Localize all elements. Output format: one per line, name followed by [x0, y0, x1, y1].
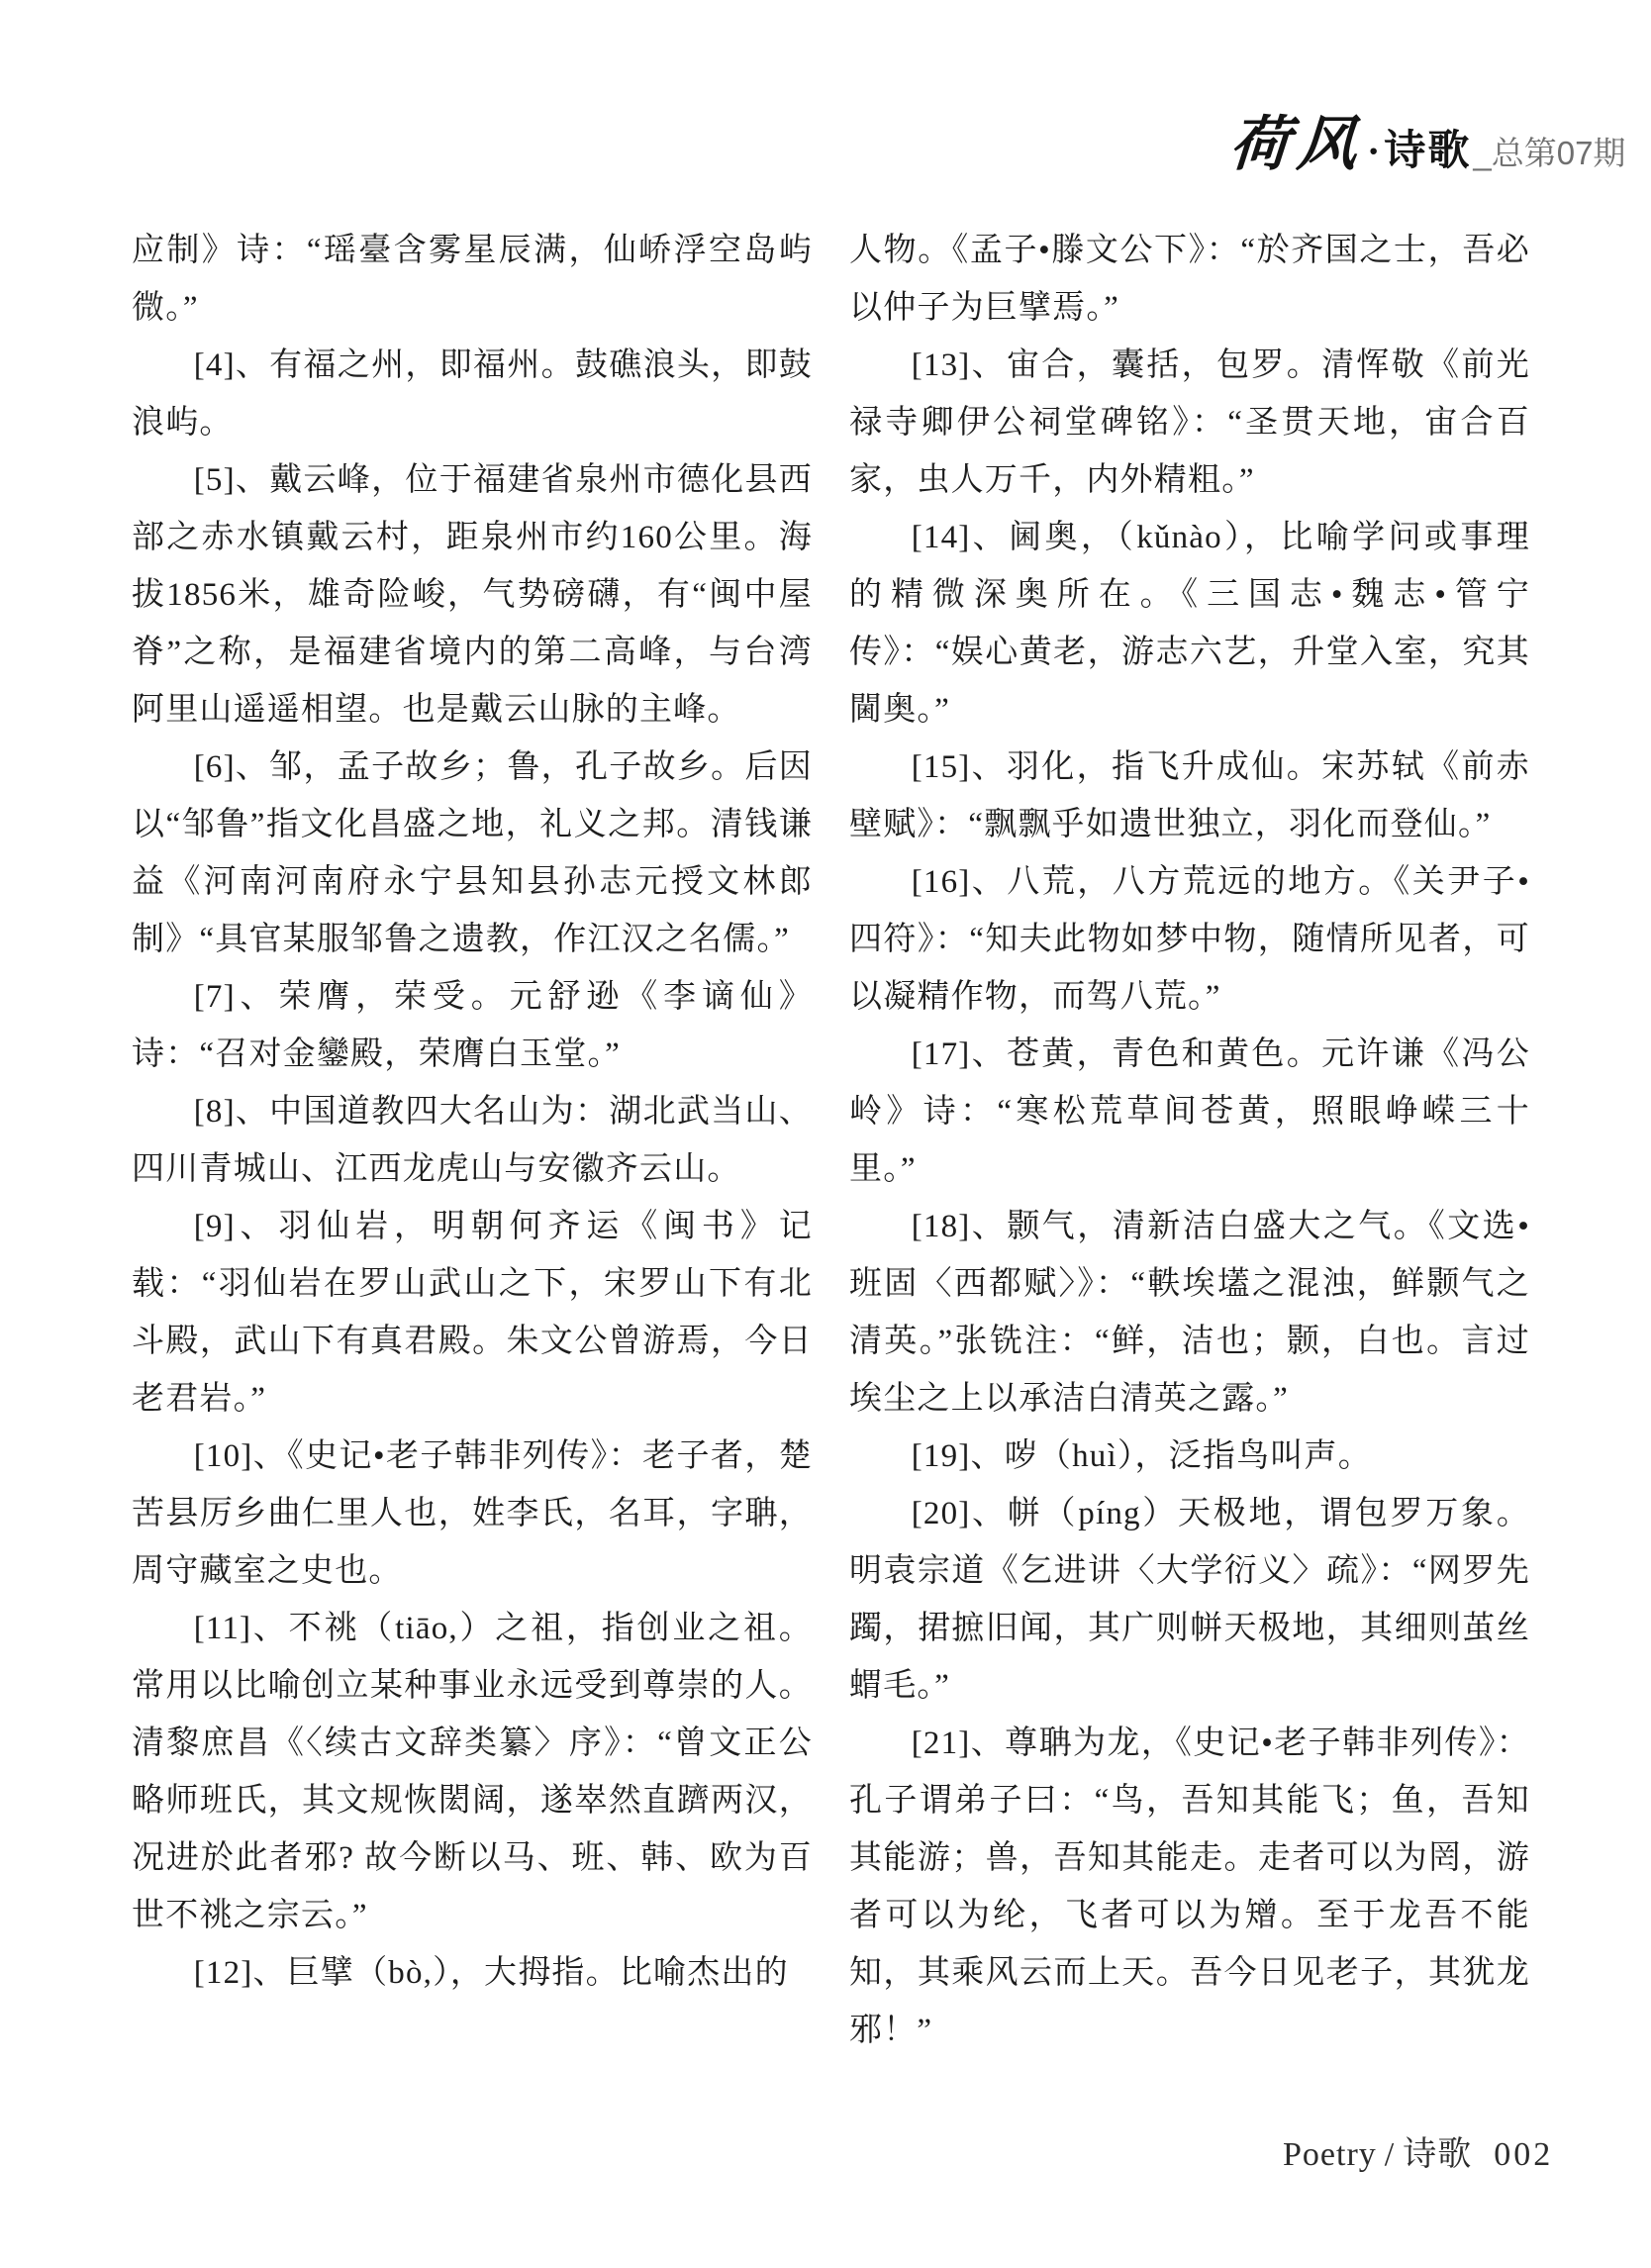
footnote-paragraph-18: [18]、颢气，清新洁白盛大之气。《文选•班固〈西都赋〉》：“軼埃壒之混浊，鲜颢…: [849, 1198, 1530, 1428]
footer-label-en: Poetry: [1283, 2136, 1377, 2173]
footnote-paragraph-5: [5]、戴云峰，位于福建省泉州市德化县西部之赤水镇戴云村，距泉州市约160公里。…: [132, 451, 813, 739]
footnote-paragraph-19: [19]、哕（huì），泛指鸟叫声。: [849, 1428, 1530, 1485]
footnote-paragraph-14: [14]、阃奥，（kǔnào），比喻学问或事理的精微深奥所在。《三国志•魏志•管…: [849, 509, 1530, 739]
issue-number-label: _总第07期: [1473, 128, 1625, 174]
left-text-column: 应制》诗：“瑶臺含雾星辰满，仙峤浮空岛屿微。” [4]、有福之州，即福州。鼓礁浪…: [132, 222, 813, 2002]
brand-separator-dot: ·: [1367, 128, 1380, 174]
footnote-paragraph-10: [10]、《史记•老子韩非列传》：老子者，楚苦县厉乡曲仁里人也，姓李氏，名耳，字…: [132, 1428, 813, 1600]
footer-label-zh: 诗歌: [1403, 2136, 1472, 2173]
magazine-page: 荷风 · 诗歌 _总第07期 应制》诗：“瑶臺含雾星辰满，仙峤浮空岛屿微。” […: [0, 0, 1651, 2268]
footer-separator: /: [1385, 2136, 1395, 2173]
footnote-paragraph-11: [11]、不祧（tiāo,）之祖，指创业之祖。常用以比喻创立某种事业永远受到尊崇…: [132, 1600, 813, 1944]
right-text-column: 人物。《孟子•滕文公下》：“於齐国之士，吾必以仲子为巨擘焉。” [13]、宙合，…: [849, 222, 1530, 2059]
footnote-paragraph-13: [13]、宙合，囊括，包罗。清恽敬《前光禄寺卿伊公祠堂碑铭》：“圣贯天地，宙合百…: [849, 337, 1530, 509]
footnote-paragraph-4: [4]、有福之州，即福州。鼓礁浪头，即鼓浪屿。: [132, 337, 813, 451]
brand-logo-hefeng: 荷风: [1227, 97, 1368, 182]
footnote-continuation-paragraph: 人物。《孟子•滕文公下》：“於齐国之士，吾必以仲子为巨擘焉。”: [849, 222, 1530, 337]
footnote-paragraph-9: [9]、羽仙岩，明朝何齐运《闽书》记载：“羽仙岩在罗山武山之下，宋罗山下有北斗殿…: [132, 1198, 813, 1428]
footnote-paragraph-21: [21]、尊聃为龙，《史记•老子韩非列传》：孔子谓弟子曰：“鸟，吾知其能飞；鱼，…: [849, 1715, 1530, 2059]
footnote-paragraph-20: [20]、帡（píng）天极地，谓包罗万象。明袁宗道《乞进讲〈大学衍义〉疏》：“…: [849, 1485, 1530, 1715]
footnote-paragraph-7: [7]、荣膺，荣受。元舒逊《李谪仙》诗：“召对金鑾殿，荣膺白玉堂。”: [132, 968, 813, 1083]
footnote-paragraph-12: [12]、巨擘（bò,），大拇指。比喻杰出的: [132, 1944, 813, 2002]
footnote-paragraph-8: [8]、中国道教四大名山为：湖北武当山、四川青城山、江西龙虎山与安徽齐云山。: [132, 1083, 813, 1198]
footnote-continuation-paragraph: 应制》诗：“瑶臺含雾星辰满，仙峤浮空岛屿微。”: [132, 222, 813, 337]
footnote-paragraph-15: [15]、羽化，指飞升成仙。宋苏轼《前赤壁赋》：“飘飘乎如遗世独立，羽化而登仙。…: [849, 739, 1530, 853]
page-number: 002: [1494, 2136, 1553, 2173]
footnote-paragraph-17: [17]、苍黄，青色和黄色。元许谦《冯公岭》诗：“寒松荒草间苍黄，照眼峥嵘三十里…: [849, 1026, 1530, 1198]
page-header: 荷风 · 诗歌 _总第07期: [1230, 97, 1625, 166]
footnote-paragraph-6: [6]、邹，孟子故乡；鲁，孔子故乡。后因以“邹鲁”指文化昌盛之地，礼义之邦。清钱…: [132, 739, 813, 968]
brand-title-poetry: 诗歌: [1384, 118, 1471, 177]
page-footer: Poetry/诗歌002: [1283, 2126, 1553, 2175]
footnote-paragraph-16: [16]、八荒，八方荒远的地方。《关尹子•四符》：“知夫此物如梦中物，随情所见者…: [849, 853, 1530, 1026]
